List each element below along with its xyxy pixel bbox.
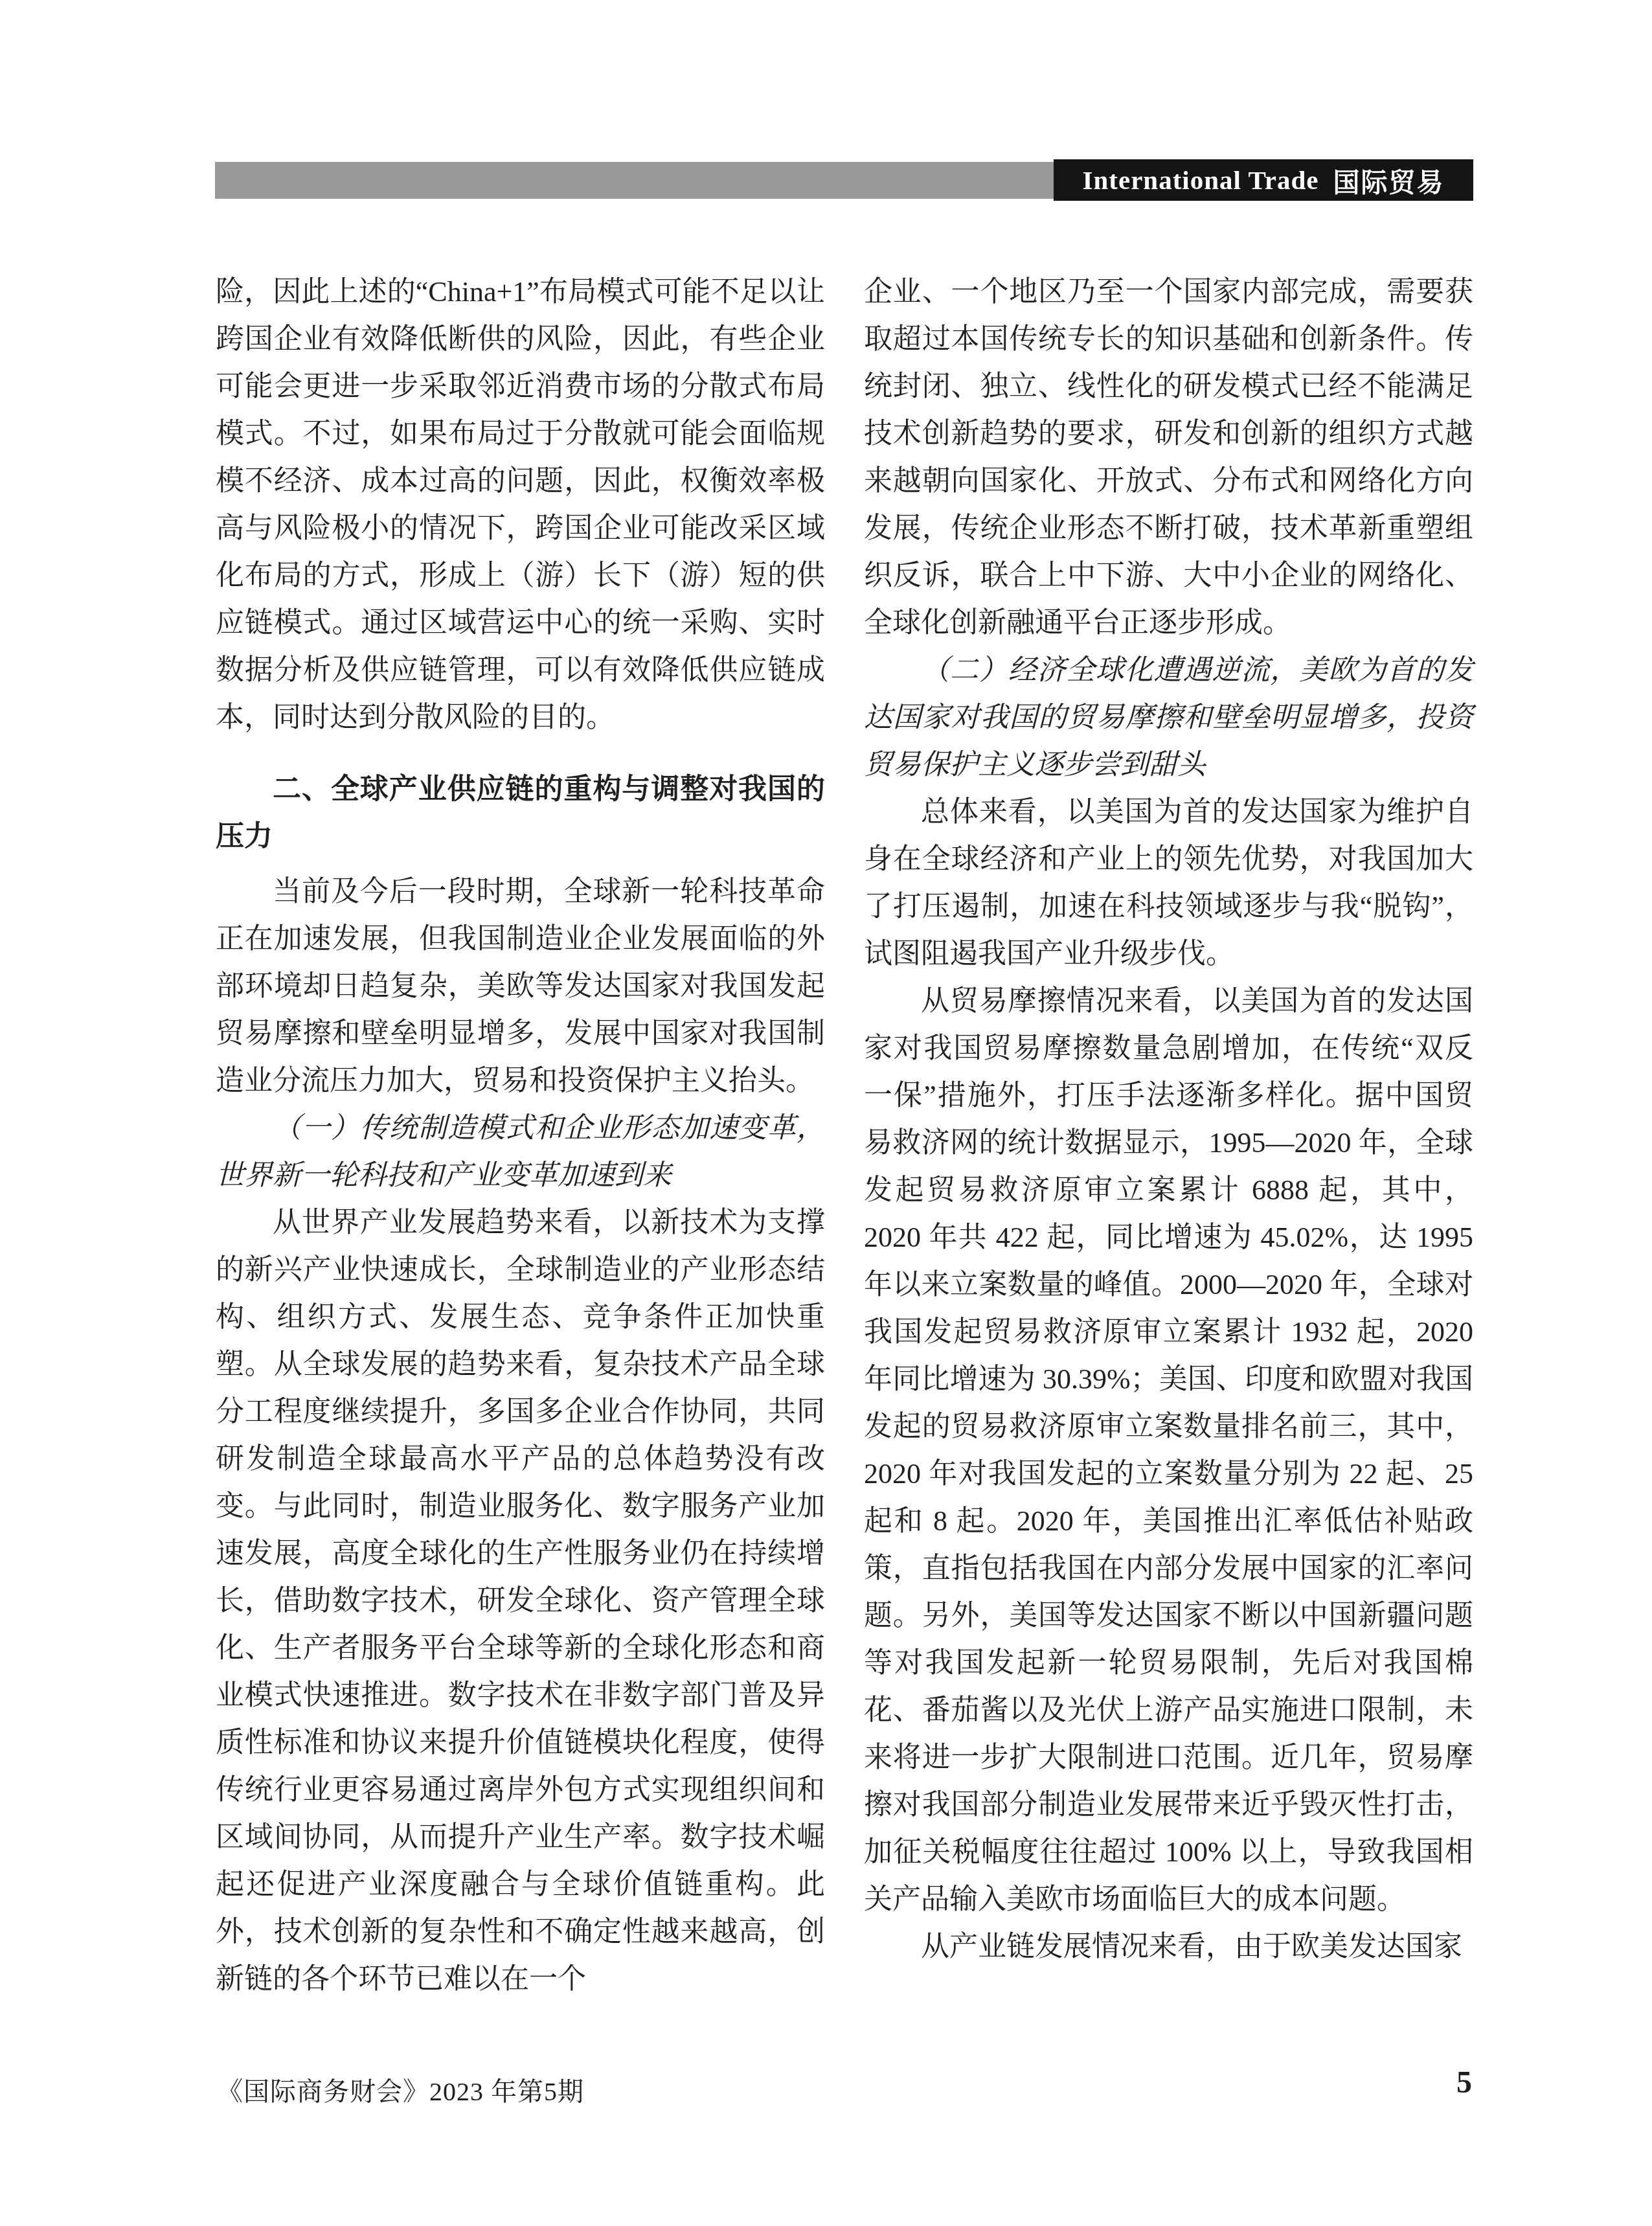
paragraph: 从贸易摩擦情况来看，以美国为首的发达国家对我国贸易摩擦数量急剧增加，在传统“双反… — [864, 977, 1473, 1923]
section-heading: 二、全球产业供应链的重构与调整对我国的压力 — [216, 766, 825, 860]
left-column: 险，因此上述的“China+1”布局模式可能不足以让跨国企业有效降低断供的风险，… — [216, 268, 825, 2003]
section-banner: International Trade 国际贸易 — [1054, 159, 1473, 201]
paragraph: 企业、一个地区乃至一个国家内部完成，需要获取超过本国传统专长的知识基础和创新条件… — [864, 268, 1473, 646]
paragraph: 从世界产业发展趋势来看，以新技术为支撑的新兴产业快速成长，全球制造业的产业形态结… — [216, 1199, 825, 2003]
footer-journal-issue: 《国际商务财会》2023 年第5期 — [217, 2071, 584, 2108]
paragraph: 险，因此上述的“China+1”布局模式可能不足以让跨国企业有效降低断供的风险，… — [216, 268, 825, 741]
section-title-chinese: 国际贸易 — [1333, 161, 1444, 199]
page-number: 5 — [1456, 2065, 1472, 2100]
paragraph: 总体来看，以美国为首的发达国家为维护自身在全球经济和产业上的领先优势，对我国加大… — [864, 788, 1473, 977]
paragraph: 从产业链发展情况来看，由于欧美发达国家 — [864, 1923, 1473, 1970]
subsection-heading: （二）经济全球化遭遇逆流，美欧为首的发达国家对我国的贸易摩擦和壁垒明显增多，投资… — [864, 646, 1473, 788]
paragraph: 当前及今后一段时期，全球新一轮科技革命正在加速发展，但我国制造业企业发展面临的外… — [216, 868, 825, 1104]
right-column: 企业、一个地区乃至一个国家内部完成，需要获取超过本国传统专长的知识基础和创新条件… — [864, 268, 1473, 1970]
section-title-english: International Trade — [1083, 165, 1319, 196]
subsection-heading: （一）传统制造模式和企业形态加速变革，世界新一轮科技和产业变革加速到来 — [216, 1104, 825, 1199]
